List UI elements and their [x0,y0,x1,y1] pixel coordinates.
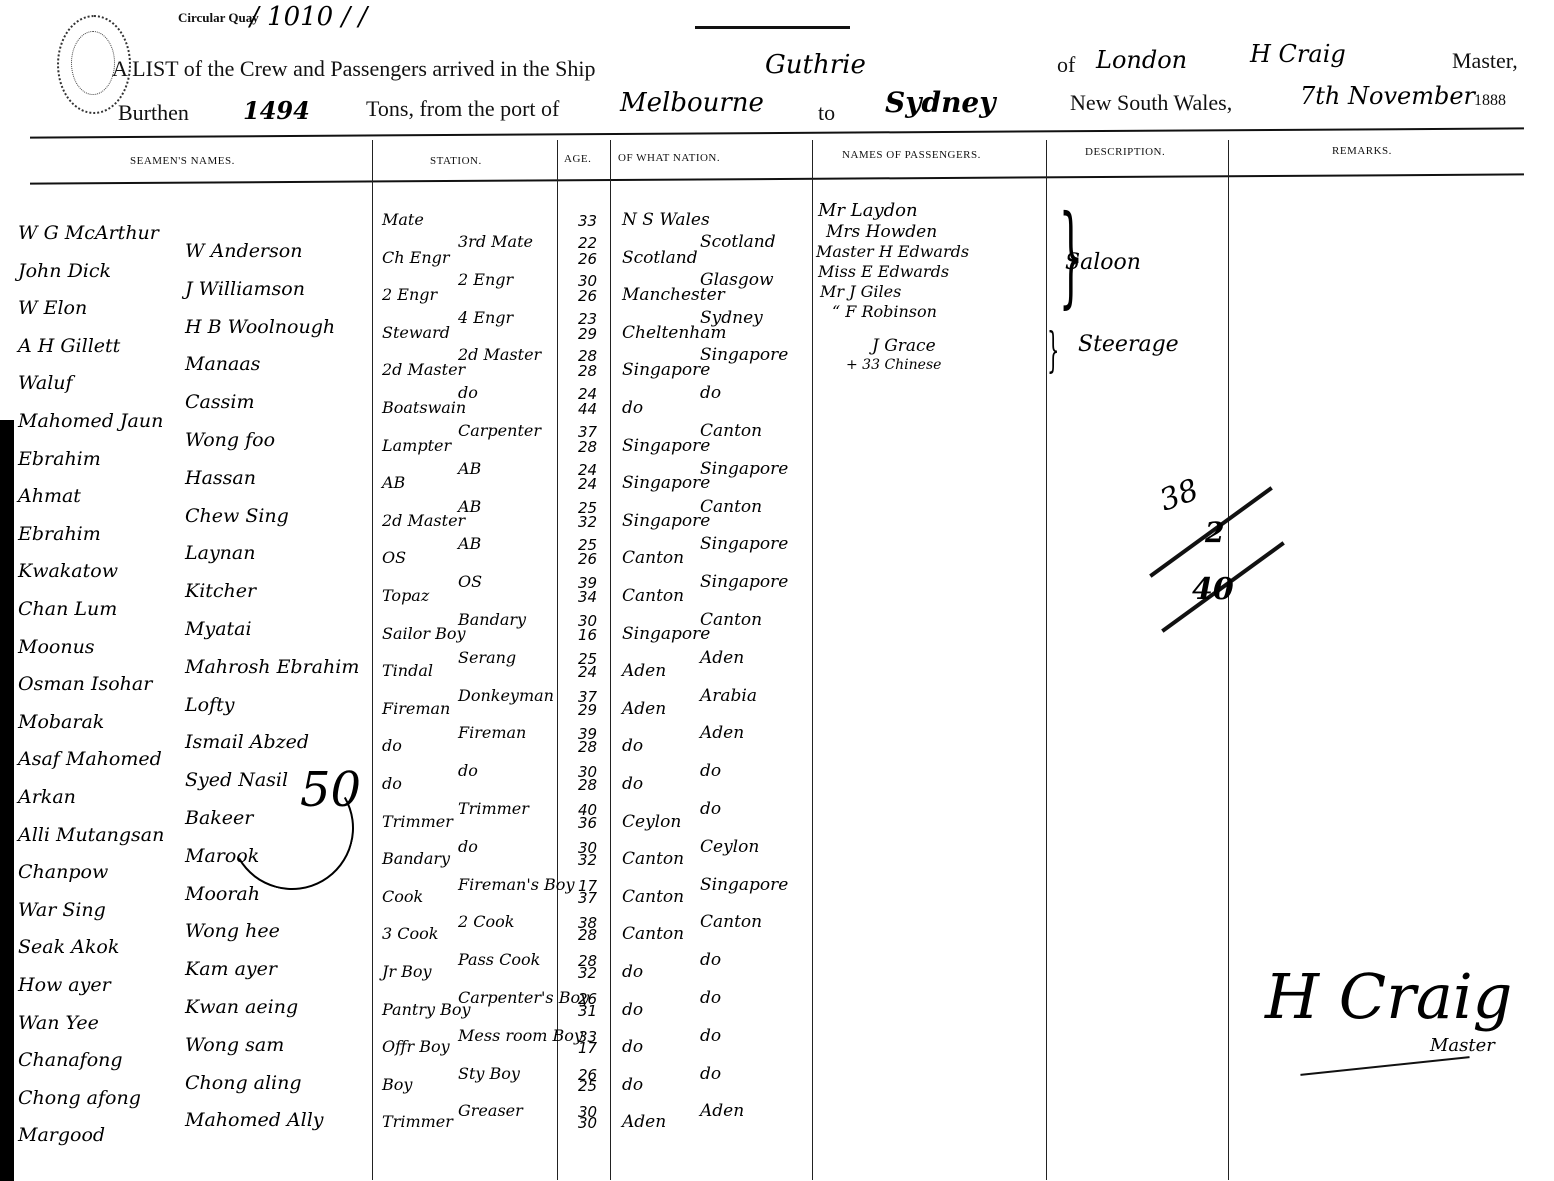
seaman-name: Kwakatow [18,560,118,582]
seaman-station: 2d Master [382,360,465,379]
to-label: to [818,100,835,126]
seaman-station: Greaser [458,1101,523,1120]
seaman-station: 2 Cook [458,912,514,931]
seaman-station: 4 Engr [458,308,513,327]
seaman-station: AB [382,473,405,492]
tons-from-label: Tons, from the port of [366,96,559,122]
passenger-6: “ F Robinson [832,302,937,321]
seaman-name: W Anderson [185,240,302,262]
seaman-name: Cassim [185,391,254,413]
seaman-name: Manaas [185,353,260,375]
description-saloon: Saloon [1065,250,1141,275]
col-age: Age. [564,153,591,165]
burthen-tons: 1494 [243,96,310,125]
seaman-age: 25 [578,650,597,668]
seaman-name: Kitcher [185,580,256,602]
seaman-station: Trimmer [458,799,529,818]
seaman-nation: Canton [700,497,762,517]
seaman-age: 23 [578,310,597,328]
ship-port: London [1096,46,1187,74]
tally-top: 38 [1155,473,1203,519]
seaman-name: Wan Yee [18,1012,99,1034]
seaman-nation: do [700,1026,721,1046]
seaman-nation: Sydney [700,308,763,328]
seaman-nation: Scotland [700,232,776,252]
seaman-name: Seak Akok [18,936,119,958]
seaman-station: do [458,837,478,856]
seaman-age: 33 [578,212,597,230]
passenger-8: + 33 Chinese [846,357,941,373]
seaman-nation: Canton [622,924,684,944]
seaman-station: Carpenter [458,421,541,440]
seaman-name: Chanpow [18,861,108,883]
tally-bottom: 40 [1192,572,1234,607]
seaman-station: Mess room Boy [458,1026,583,1045]
seaman-name: Osman Isohar [18,673,152,695]
seaman-nation: do [622,1000,643,1020]
circled-count: 50 [300,762,361,818]
seaman-station: Donkeyman [458,686,554,705]
seaman-station: Jr Boy [382,962,432,981]
seaman-age: 30 [578,839,597,857]
seaman-name: Lofty [185,694,234,716]
seaman-age: 24 [578,385,597,403]
seaman-station: AB [458,534,481,553]
seaman-nation: do [700,383,721,403]
seaman-name: Margood [18,1124,105,1146]
seaman-nation: Aden [622,699,666,719]
seaman-nation: do [622,736,643,756]
master-signature: H Craig [1265,960,1512,1033]
seaman-station: 2d Master [458,345,541,364]
seaman-nation: Aden [622,1112,666,1132]
seaman-name: Wong sam [185,1034,284,1056]
col-remarks: Remarks. [1332,145,1392,157]
seaman-name: Mahomed Jaun [18,410,163,432]
col-seamen-names: Seamen's Names. [130,155,235,167]
seaman-station: 2 Engr [458,270,513,289]
seaman-name: Mobarak [18,711,104,733]
col-passengers: Names of Passengers. [842,149,981,161]
seaman-name: Ahmat [18,485,81,507]
seaman-name: Wong foo [185,429,275,451]
seaman-nation: Glasgow [700,270,774,290]
stamp-scrawl: / 1010 / / [250,2,367,32]
seaman-station: 2 Engr [382,285,437,304]
seaman-nation: Canton [622,849,684,869]
seaman-name: Mahrosh Ebrahim [185,656,359,678]
seaman-name: Wong hee [185,920,280,942]
seaman-age: 28 [578,952,597,970]
seaman-station: Offr Boy [382,1037,450,1056]
seaman-name: Laynan [185,542,255,564]
top-rule [695,26,850,29]
seaman-name: H B Woolnough [185,316,335,338]
col-description: Description. [1085,146,1165,158]
master-name: H Craig [1250,40,1346,68]
seaman-nation: Canton [622,586,684,606]
arrival-year: 1888 [1474,92,1506,110]
seaman-nation: N S Wales [622,210,710,230]
signature-title: Master [1430,1035,1495,1056]
seaman-nation: do [622,962,643,982]
seaman-nation: do [700,799,721,819]
seaman-age: 28 [578,347,597,365]
seaman-station: Bandary [458,610,526,629]
seaman-station: Fireman [382,699,450,718]
seaman-age: 37 [578,423,597,441]
seaman-nation: do [700,1064,721,1084]
passenger-3: Master H Edwards [816,242,969,261]
seaman-station: do [382,774,402,793]
seaman-name: Chong afong [18,1087,141,1109]
seaman-nation: Singapore [622,360,710,380]
seaman-nation: Aden [700,1101,744,1121]
seaman-name: Moorah [185,883,260,905]
seaman-station: OS [458,572,482,591]
seaman-age: 37 [578,688,597,706]
seaman-nation: Singapore [700,572,788,592]
seaman-age: 26 [578,1066,597,1084]
seaman-station: Topaz [382,586,429,605]
seaman-station: Ch Engr [382,248,450,267]
seaman-station: Lampter [382,436,451,455]
passenger-5: Mr J Giles [820,282,901,301]
seaman-name: Arkan [18,786,76,808]
seaman-age: 25 [578,499,597,517]
seaman-nation: Singapore [700,345,788,365]
seaman-nation: do [700,761,721,781]
seaman-name: John Dick [18,260,111,282]
seaman-name: Ebrahim [18,448,101,470]
seaman-name: Waluf [18,372,73,394]
seaman-name: Alli Mutangsan [18,824,164,846]
steerage-bracket-icon: } [1047,326,1059,374]
seaman-nation: Singapore [622,511,710,531]
seaman-name: Ismail Abzed [185,731,309,753]
seaman-nation: do [700,950,721,970]
seaman-age: 38 [578,914,597,932]
seaman-name: Asaf Mahomed [18,748,162,770]
seaman-name: Kwan aeing [185,996,298,1018]
seaman-name: W Elon [18,297,87,319]
ship-name: Guthrie [765,50,866,80]
seaman-nation: Singapore [700,459,788,479]
seaman-nation: Singapore [622,624,710,644]
seaman-nation: do [622,398,643,418]
seaman-nation: Ceylon [622,812,681,832]
header-top-rule [30,127,1524,138]
master-label: Master, [1452,48,1518,74]
seaman-station: Fireman's Boy [458,875,574,894]
col-divider [1046,140,1047,1180]
tally-mid: 2 [1205,516,1224,549]
scan-edge-shadow [0,420,14,1181]
passenger-1: Mr Laydon [818,200,918,221]
seaman-station: OS [382,548,406,567]
seaman-station: Fireman [458,723,526,742]
seaman-nation: Aden [622,661,666,681]
passenger-4: Miss E Edwards [818,262,949,281]
col-divider [557,140,558,1180]
seaman-nation: Singapore [700,875,788,895]
seaman-age: 30 [578,763,597,781]
seaman-name: J Williamson [185,278,305,300]
seaman-station: Trimmer [382,1112,453,1131]
seaman-nation: do [622,1037,643,1057]
seaman-nation: Aden [700,723,744,743]
seaman-name: Myatai [185,618,252,640]
seaman-nation: Scotland [622,248,698,268]
seaman-station: Sty Boy [458,1064,520,1083]
seaman-station: Carpenter's Boy [458,988,589,1007]
seaman-age: 22 [578,234,597,252]
seaman-nation: Arabia [700,686,757,706]
seaman-station: Trimmer [382,812,453,831]
seaman-name: War Sing [18,899,106,921]
col-divider [372,140,373,1180]
seaman-station: do [382,736,402,755]
seaman-name: Chanafong [18,1049,123,1071]
seaman-station: Sailor Boy [382,624,466,643]
seaman-nation: Canton [700,610,762,630]
description-steerage: Steerage [1078,332,1179,357]
seaman-nation: Singapore [700,534,788,554]
burthen-label: Burthen [118,100,189,126]
seaman-age: 30 [578,612,597,630]
seaman-station: Cook [382,887,423,906]
seaman-nation: Canton [700,421,762,441]
col-station: Station. [430,155,482,167]
seaman-station: Boatswain [382,398,466,417]
seaman-name: W G McArthur [18,222,159,244]
seaman-nation: Canton [622,887,684,907]
seaman-name: Chong aling [185,1072,302,1094]
office-stamp: Circular Quay [178,10,259,26]
signature-flourish [1300,1056,1469,1076]
seaman-station: AB [458,459,481,478]
from-port: Melbourne [620,88,764,118]
seaman-nation: Singapore [622,473,710,493]
seaman-age: 39 [578,574,597,592]
seaman-age: 24 [578,461,597,479]
seaman-nation: do [622,1075,643,1095]
header-bottom-rule [30,173,1524,184]
seaman-station: Steward [382,323,450,342]
arrival-date: 7th November [1300,82,1475,110]
title-line-1: A LIST of the Crew and Passengers arrive… [112,56,596,82]
seaman-age: 39 [578,725,597,743]
seaman-station: Mate [382,210,424,229]
seaman-name: Kam ayer [185,958,277,980]
seaman-age: 26 [578,990,597,1008]
seaman-age: 40 [578,801,597,819]
seaman-name: Chew Sing [185,505,289,527]
to-port: Sydney [885,86,996,119]
seaman-age: 33 [578,1028,597,1046]
passenger-2: Mrs Howden [826,222,937,242]
seaman-station: Pass Cook [458,950,540,969]
seaman-station: Serang [458,648,516,667]
seaman-name: A H Gillett [18,335,120,357]
seaman-station: AB [458,497,481,516]
seaman-age: 25 [578,536,597,554]
seaman-name: Chan Lum [18,598,117,620]
seaman-nation: Ceylon [700,837,759,857]
seaman-station: Boy [382,1075,412,1094]
seaman-age: 26 [578,287,597,305]
seaman-station: Tindal [382,661,433,680]
seaman-station: 3 Cook [382,924,438,943]
seaman-nation: do [700,988,721,1008]
seaman-name: Hassan [185,467,256,489]
col-divider [610,140,611,1180]
seaman-nation: Aden [700,648,744,668]
seaman-station: do [458,383,478,402]
col-nation: Of What Nation. [618,152,720,164]
seaman-nation: Canton [622,548,684,568]
seaman-age: 30 [578,272,597,290]
passenger-7: J Grace [872,336,936,356]
seaman-nation: do [622,774,643,794]
colony-label: New South Wales, [1070,90,1232,116]
seaman-age: 30 [578,1103,597,1121]
of-label: of [1057,52,1075,78]
seaman-station: Bandary [382,849,450,868]
seaman-station: 3rd Mate [458,232,533,251]
seaman-nation: Singapore [622,436,710,456]
seaman-name: Moonus [18,636,95,658]
seaman-name: Ebrahim [18,523,101,545]
seaman-age: 17 [578,877,597,895]
col-divider [812,140,813,1180]
seaman-nation: Canton [700,912,762,932]
seaman-name: Mahomed Ally [185,1109,324,1131]
col-divider [1228,140,1229,1180]
seaman-name: How ayer [18,974,111,996]
seaman-station: 2d Master [382,511,465,530]
seaman-station: do [458,761,478,780]
seaman-age: 26 [578,250,597,268]
